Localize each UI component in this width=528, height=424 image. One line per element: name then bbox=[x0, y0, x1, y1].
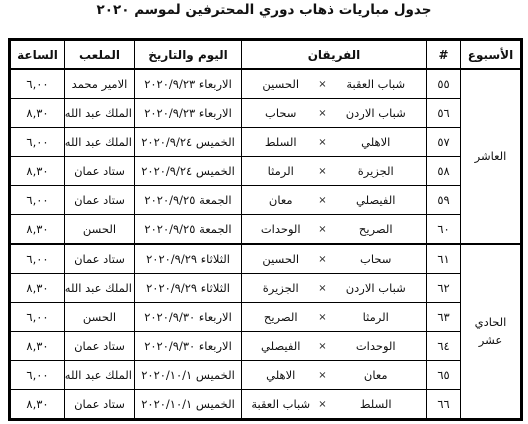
schedule-table: الأسبوع # الفريقان اليوم والتاريخ الملعب… bbox=[8, 38, 523, 421]
vs-icon: × bbox=[313, 108, 331, 119]
home-team: شباب العقبة bbox=[331, 77, 420, 91]
table-row: ٥٩ الفيصلي×معان الجمعة ٢٠٢٠/٩/٢٥ ستاد عم… bbox=[10, 186, 522, 215]
header-teams: الفريقان bbox=[242, 40, 427, 70]
away-team: السلط bbox=[248, 135, 313, 149]
page-title: جدول مباريات ذهاب دوري المحترفين لموسم ٢… bbox=[0, 2, 528, 18]
header-row: الأسبوع # الفريقان اليوم والتاريخ الملعب… bbox=[10, 40, 522, 70]
match-number: ٦٣ bbox=[427, 303, 461, 332]
teams-cell: الجزيرة×الرمثا bbox=[242, 157, 427, 186]
match-date: الجمعة ٢٠٢٠/٩/٢٥ bbox=[135, 215, 242, 245]
match-number: ٦١ bbox=[427, 244, 461, 274]
stadium: ستاد عمان bbox=[65, 332, 135, 361]
match-date: الاربعاء ٢٠٢٠/٩/٣٠ bbox=[135, 332, 242, 361]
match-date: الخميس ٢٠٢٠/٩/٢٤ bbox=[135, 157, 242, 186]
teams-cell: الفيصلي×معان bbox=[242, 186, 427, 215]
header-date: اليوم والتاريخ bbox=[135, 40, 242, 70]
home-team: الفيصلي bbox=[331, 193, 420, 207]
away-team: معان bbox=[248, 193, 313, 207]
match-date: الجمعة ٢٠٢٠/٩/٢٥ bbox=[135, 186, 242, 215]
match-time: ٨,٣٠ bbox=[10, 215, 65, 245]
vs-icon: × bbox=[313, 341, 331, 352]
away-team: الرمثا bbox=[248, 164, 313, 178]
away-team: الاهلي bbox=[248, 368, 313, 382]
vs-icon: × bbox=[313, 370, 331, 381]
table-row: ٦٥ معان×الاهلي الخميس ٢٠٢٠/١٠/١ الملك عب… bbox=[10, 361, 522, 390]
match-time: ٨,٣٠ bbox=[10, 390, 65, 420]
stadium: الحسن bbox=[65, 215, 135, 245]
table-row: ٥٨ الجزيرة×الرمثا الخميس ٢٠٢٠/٩/٢٤ ستاد … bbox=[10, 157, 522, 186]
home-team: السلط bbox=[331, 397, 420, 411]
teams-cell: شباب الاردن×سحاب bbox=[242, 99, 427, 128]
stadium: الملك عبد الله bbox=[65, 361, 135, 390]
table-row: ٦٤ الوحدات×الفيصلي الاربعاء ٢٠٢٠/٩/٣٠ ست… bbox=[10, 332, 522, 361]
match-date: الخميس ٢٠٢٠/٩/٢٤ bbox=[135, 128, 242, 157]
match-number: ٦٢ bbox=[427, 274, 461, 303]
vs-icon: × bbox=[313, 224, 331, 235]
week-label: الحادي عشر bbox=[461, 244, 522, 420]
header-week: الأسبوع bbox=[461, 40, 522, 70]
home-team: شباب الاردن bbox=[331, 281, 420, 295]
vs-icon: × bbox=[313, 137, 331, 148]
match-date: الثلاثاء ٢٠٢٠/٩/٢٩ bbox=[135, 274, 242, 303]
stadium: ستاد عمان bbox=[65, 244, 135, 274]
match-date: الاربعاء ٢٠٢٠/٩/٢٣ bbox=[135, 69, 242, 99]
match-number: ٦٠ bbox=[427, 215, 461, 245]
away-team: سحاب bbox=[248, 106, 313, 120]
header-time: الساعة bbox=[10, 40, 65, 70]
vs-icon: × bbox=[313, 254, 331, 265]
vs-icon: × bbox=[313, 195, 331, 206]
match-time: ٦,٠٠ bbox=[10, 244, 65, 274]
vs-icon: × bbox=[313, 312, 331, 323]
table-row: ٦٢ شباب الاردن×الجزيرة الثلاثاء ٢٠٢٠/٩/٢… bbox=[10, 274, 522, 303]
away-team: الوحدات bbox=[248, 222, 313, 236]
away-team: شباب العقبة bbox=[248, 397, 313, 411]
home-team: الصريح bbox=[331, 222, 420, 236]
vs-icon: × bbox=[313, 79, 331, 90]
match-date: الخميس ٢٠٢٠/١٠/١ bbox=[135, 390, 242, 420]
home-team: الرمثا bbox=[331, 310, 420, 324]
table-row: العاشر ٥٥ شباب العقبة×الحسين الاربعاء ٢٠… bbox=[10, 69, 522, 99]
table-row: ٦٠ الصريح×الوحدات الجمعة ٢٠٢٠/٩/٢٥ الحسن… bbox=[10, 215, 522, 245]
stadium: الملك عبد الله bbox=[65, 99, 135, 128]
match-number: ٥٩ bbox=[427, 186, 461, 215]
home-team: الجزيرة bbox=[331, 164, 420, 178]
home-team: سحاب bbox=[331, 252, 420, 266]
away-team: الجزيرة bbox=[248, 281, 313, 295]
home-team: معان bbox=[331, 368, 420, 382]
away-team: الفيصلي bbox=[248, 339, 313, 353]
header-stadium: الملعب bbox=[65, 40, 135, 70]
vs-icon: × bbox=[313, 283, 331, 294]
stadium: الحسن bbox=[65, 303, 135, 332]
match-number: ٦٦ bbox=[427, 390, 461, 420]
match-time: ٦,٠٠ bbox=[10, 186, 65, 215]
table-row: ٦٣ الرمثا×الصريح الاربعاء ٢٠٢٠/٩/٣٠ الحس… bbox=[10, 303, 522, 332]
match-number: ٦٥ bbox=[427, 361, 461, 390]
stadium: ستاد عمان bbox=[65, 157, 135, 186]
stadium: الملك عبد الله bbox=[65, 274, 135, 303]
table-row: ٥٦ شباب الاردن×سحاب الاربعاء ٢٠٢٠/٩/٢٣ ا… bbox=[10, 99, 522, 128]
match-date: الاربعاء ٢٠٢٠/٩/٢٣ bbox=[135, 99, 242, 128]
stadium: ستاد عمان bbox=[65, 390, 135, 420]
week-label: العاشر bbox=[461, 69, 522, 244]
header-number: # bbox=[427, 40, 461, 70]
match-number: ٥٨ bbox=[427, 157, 461, 186]
match-time: ٦,٠٠ bbox=[10, 128, 65, 157]
away-team: الحسين bbox=[248, 252, 313, 266]
match-date: الخميس ٢٠٢٠/١٠/١ bbox=[135, 361, 242, 390]
home-team: الاهلي bbox=[331, 135, 420, 149]
teams-cell: الوحدات×الفيصلي bbox=[242, 332, 427, 361]
stadium: الامير محمد bbox=[65, 69, 135, 99]
match-number: ٥٧ bbox=[427, 128, 461, 157]
match-time: ٦,٠٠ bbox=[10, 69, 65, 99]
match-number: ٥٥ bbox=[427, 69, 461, 99]
teams-cell: الرمثا×الصريح bbox=[242, 303, 427, 332]
match-time: ٨,٣٠ bbox=[10, 332, 65, 361]
vs-icon: × bbox=[313, 166, 331, 177]
stadium: الملك عبد الله bbox=[65, 128, 135, 157]
match-time: ٦,٠٠ bbox=[10, 303, 65, 332]
teams-cell: الصريح×الوحدات bbox=[242, 215, 427, 245]
home-team: شباب الاردن bbox=[331, 106, 420, 120]
teams-cell: شباب العقبة×الحسين bbox=[242, 69, 427, 99]
teams-cell: السلط×شباب العقبة bbox=[242, 390, 427, 420]
home-team: الوحدات bbox=[331, 339, 420, 353]
away-team: الحسين bbox=[248, 77, 313, 91]
match-date: الاربعاء ٢٠٢٠/٩/٣٠ bbox=[135, 303, 242, 332]
match-date: الثلاثاء ٢٠٢٠/٩/٢٩ bbox=[135, 244, 242, 274]
vs-icon: × bbox=[313, 399, 331, 410]
match-time: ٨,٣٠ bbox=[10, 99, 65, 128]
match-number: ٥٦ bbox=[427, 99, 461, 128]
teams-cell: سحاب×الحسين bbox=[242, 244, 427, 274]
match-number: ٦٤ bbox=[427, 332, 461, 361]
match-time: ٦,٠٠ bbox=[10, 361, 65, 390]
teams-cell: معان×الاهلي bbox=[242, 361, 427, 390]
teams-cell: شباب الاردن×الجزيرة bbox=[242, 274, 427, 303]
table-row: ٦٦ السلط×شباب العقبة الخميس ٢٠٢٠/١٠/١ ست… bbox=[10, 390, 522, 420]
table-row: الحادي عشر ٦١ سحاب×الحسين الثلاثاء ٢٠٢٠/… bbox=[10, 244, 522, 274]
teams-cell: الاهلي×السلط bbox=[242, 128, 427, 157]
table-row: ٥٧ الاهلي×السلط الخميس ٢٠٢٠/٩/٢٤ الملك ع… bbox=[10, 128, 522, 157]
stadium: ستاد عمان bbox=[65, 186, 135, 215]
away-team: الصريح bbox=[248, 310, 313, 324]
match-time: ٨,٣٠ bbox=[10, 157, 65, 186]
match-time: ٨,٣٠ bbox=[10, 274, 65, 303]
